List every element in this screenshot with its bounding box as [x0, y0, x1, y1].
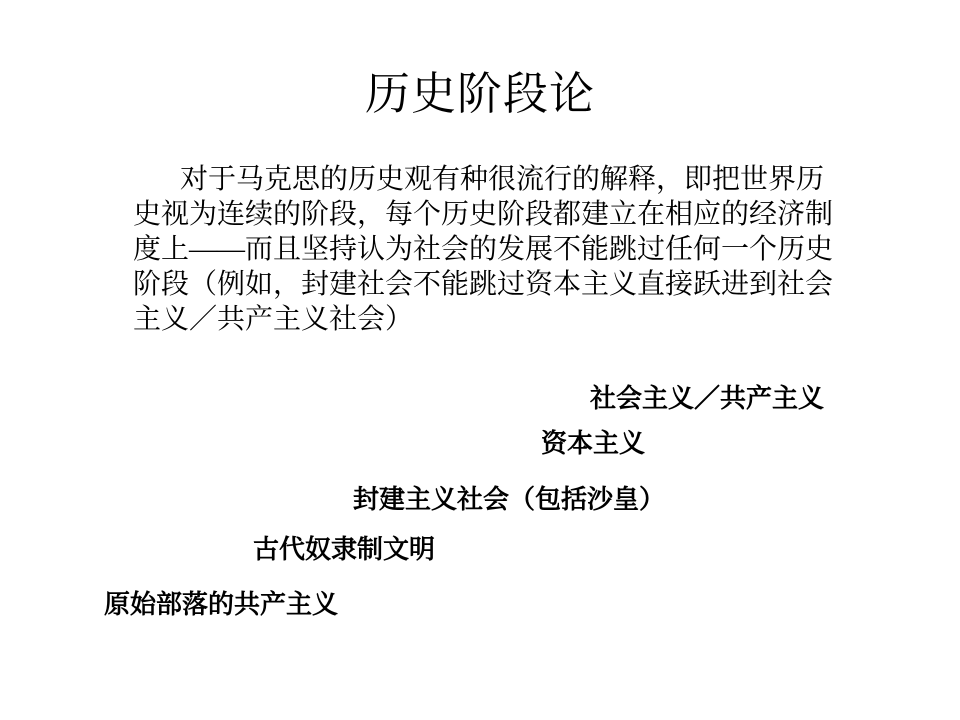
body-paragraph: 对于马克思的历史观有种很流行的解释，即把世界历 史视为连续的阶段，每个历史阶段都… [133, 162, 843, 337]
paragraph-line-5: 主义／共产主义社会） [133, 302, 843, 337]
paragraph-line-1: 对于马克思的历史观有种很流行的解释，即把世界历 [133, 162, 843, 197]
stage-label-primitive-communism: 原始部落的共产主义 [104, 590, 338, 620]
paragraph-line-4: 阶段（例如，封建社会不能跳过资本主义直接跃进到社会 [133, 267, 843, 302]
stage-label-feudal-society: 封建主义社会（包括沙皇） [353, 485, 665, 515]
stage-label-capitalism: 资本主义 [541, 429, 645, 459]
stage-label-socialism-communism: 社会主义／共产主义 [590, 384, 824, 414]
paragraph-line-2: 史视为连续的阶段，每个历史阶段都建立在相应的经济制 [133, 197, 843, 232]
stage-label-ancient-slavery: 古代奴隶制文明 [253, 535, 435, 565]
presentation-slide: 历史阶段论 对于马克思的历史观有种很流行的解释，即把世界历 史视为连续的阶段，每… [0, 0, 960, 720]
paragraph-line-3: 度上——而且坚持认为社会的发展不能跳过任何一个历史 [133, 232, 843, 267]
slide-title: 历史阶段论 [0, 66, 960, 122]
